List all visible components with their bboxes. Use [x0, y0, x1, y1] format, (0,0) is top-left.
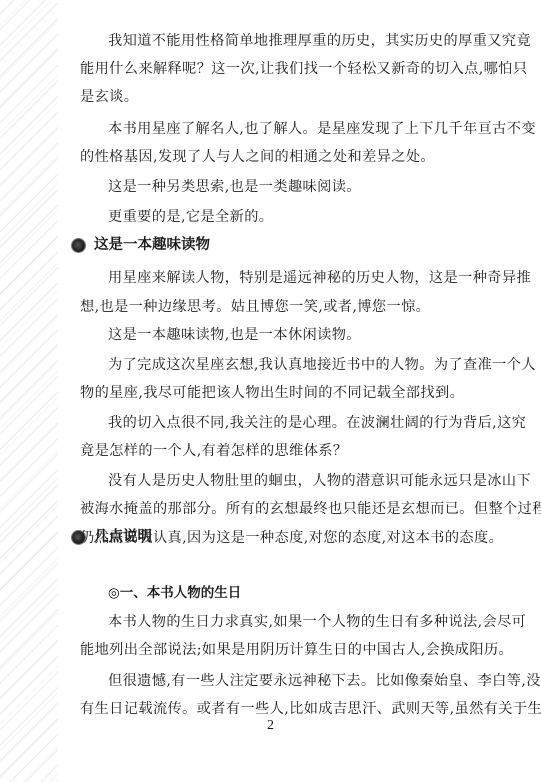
text-line: 能用什么来解释呢？这一次,让我们找一个轻松又新奇的切入点,哪怕只 — [80, 60, 527, 78]
section-heading-fun-reading: 这是一本趣味读物 — [72, 236, 210, 254]
scan-margin-noise — [0, 0, 58, 782]
page-number: 2 — [0, 718, 541, 734]
round-bullet-icon — [72, 531, 85, 544]
text-line: 能地列出全部说法;如果是用阴历计算生日的中国古人,会换成阳历。 — [80, 641, 513, 659]
subsection-heading-birthdays: ◎一、本书人物的生日 — [108, 584, 241, 602]
text-line: 更重要的是,它是全新的。 — [108, 208, 273, 226]
section-heading-text: 几点说明 — [94, 528, 152, 546]
text-line: 我知道不能用性格简单地推理厚重的历史，其实历史的厚重又究竟 — [108, 32, 531, 50]
text-line: 是玄谈。 — [80, 88, 138, 106]
text-line: 的性格基因,发现了人与人之间的相通之处和差异之处。 — [80, 148, 435, 166]
text-line: 被海水掩盖的那部分。所有的玄想最终也只能还是玄想而已。但整个过程 — [80, 500, 541, 518]
round-bullet-icon — [72, 239, 85, 252]
text-line: 这是一本趣味读物,也是一本休闲读物。 — [108, 326, 361, 344]
text-line: 本书人物的生日力求真实,如果一个人物的生日有多种说法,会尽可 — [108, 613, 526, 631]
text-line: 竟是怎样的一个人,有着怎样的思维体系？ — [80, 442, 348, 460]
text-line: 没有人是历史人物肚里的蛔虫，人物的潜意识可能永远只是冰山下 — [108, 472, 531, 490]
section-heading-notes-visible: 几点说明 — [72, 528, 152, 546]
text-line: 我的切入点很不同,我关注的是心理。在波澜壮阔的行为背后,这究 — [108, 414, 526, 432]
text-line: 但很遗憾,有一些人注定要永远神秘下去。比如像秦始皇、李白等,没 — [108, 672, 541, 690]
text-line: 本书用星座了解名人,也了解人。是星座发现了上下几千年亘古不变 — [108, 120, 536, 138]
text-line: 为了完成这次星座玄想,我认真地接近书中的人物。为了查准一个人 — [108, 356, 536, 374]
section-heading-text: 这是一本趣味读物 — [94, 236, 210, 254]
text-line: 物的星座,我尽可能把该人物出生时间的不同记载全部找到。 — [80, 384, 464, 402]
text-line: 有生日记载流传。或者有一些人,比如成吉思汗、武则天等,虽然有关于生 — [80, 700, 541, 718]
text-line: 用星座来解读人物，特别是遥远神秘的历史人物，这是一种奇异推 — [108, 269, 531, 287]
text-line: 想,也是一种边缘思考。姑且博您一笑,或者,博您一惊。 — [80, 298, 430, 316]
text-line: 这是一种另类思索,也是一类趣味阅读。 — [108, 178, 361, 196]
